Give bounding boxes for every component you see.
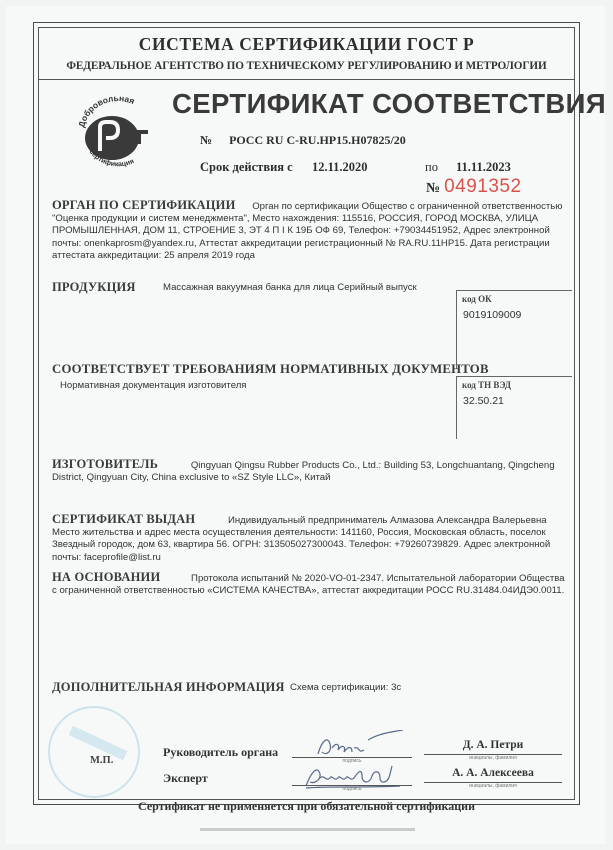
issued-to-label: СЕРТИФИКАТ ВЫДАН	[52, 512, 195, 526]
expert-name: А. А. Алексеева	[424, 767, 562, 779]
valid-from: 12.11.2020	[312, 160, 368, 175]
footer-print-line	[200, 828, 415, 831]
certificate-title: СЕРТИФИКАТ СООТВЕТСТВИЯ	[172, 88, 606, 120]
rst-logo-icon: Добровольная сертификация	[72, 94, 162, 174]
stamp-icon	[48, 706, 140, 798]
certificate-note: Сертификат не применяется при обязательн…	[38, 799, 575, 814]
validity-label: Срок действия с	[200, 160, 293, 175]
serial-value: 0491352	[444, 176, 521, 197]
tn-code-value: 32.50.21	[463, 395, 572, 407]
organ-label: ОРГАН ПО СЕРТИФИКАЦИИ	[52, 198, 236, 212]
certification-body-section: ОРГАН ПО СЕРТИФИКАЦИИ Орган по сертифика…	[52, 199, 572, 262]
issued-to-section: СЕРТИФИКАТ ВЫДАН Индивидуальный предприн…	[52, 513, 574, 564]
system-title: СИСТЕМА СЕРТИФИКАЦИИ ГОСТ Р	[38, 34, 575, 55]
ok-code-label: код ОК	[462, 294, 572, 304]
product-value: Массажная вакуумная банка для лица Серий…	[163, 282, 417, 294]
head-signature-caption: подпись	[292, 758, 412, 764]
tn-code-label: код ТН ВЭД	[462, 380, 572, 390]
number-label: №	[200, 133, 212, 147]
head-name-caption: инициалы, фамилия	[424, 755, 562, 761]
norms-label: СООТВЕТСТВУЕТ ТРЕБОВАНИЯМ НОРМАТИВНЫХ ДО…	[52, 362, 489, 377]
certificate-number: РОСС RU C-RU.НР15.Н07825/20	[229, 133, 406, 147]
header-divider	[38, 79, 575, 80]
serial-label: №	[426, 181, 440, 196]
head-name: Д. А. Петри	[424, 739, 562, 751]
expert-name-caption: инициалы, фамилия	[424, 783, 562, 789]
serial-number: №0491352	[426, 175, 522, 198]
head-of-body-label: Руководитель органа	[163, 745, 278, 760]
additional-info-value: Схема сертификации: 3с	[290, 682, 401, 694]
ok-code-box: код ОК 9019109009	[456, 290, 572, 369]
ok-code-value: 9019109009	[463, 309, 572, 321]
stamp-label: М.П.	[90, 755, 113, 766]
product-label: ПРОДУКЦИЯ	[52, 280, 136, 295]
agency-title: ФЕДЕРАЛЬНОЕ АГЕНТСТВО ПО ТЕХНИЧЕСКОМУ РЕ…	[38, 60, 575, 72]
certificate-number-line: № РОСС RU C-RU.НР15.Н07825/20	[200, 133, 406, 148]
norms-value: Нормативная документация изготовителя	[60, 380, 247, 392]
head-signature-icon	[308, 730, 408, 760]
valid-to-label: по	[425, 160, 438, 175]
expert-signature-caption: подпись	[292, 786, 412, 792]
additional-info-label: ДОПОЛНИТЕЛЬНАЯ ИНФОРМАЦИЯ	[52, 680, 285, 695]
manufacturer-label: ИЗГОТОВИТЕЛЬ	[52, 457, 158, 471]
expert-label: Эксперт	[163, 771, 208, 786]
tn-code-box: код ТН ВЭД 32.50.21	[456, 376, 572, 439]
basis-label: НА ОСНОВАНИИ	[52, 570, 160, 584]
manufacturer-section: ИЗГОТОВИТЕЛЬ Qingyuan Qingsu Rubber Prod…	[52, 458, 572, 484]
valid-to: 11.11.2023	[456, 160, 511, 175]
basis-section: НА ОСНОВАНИИ Протокола испытаний № 2020-…	[52, 571, 572, 597]
